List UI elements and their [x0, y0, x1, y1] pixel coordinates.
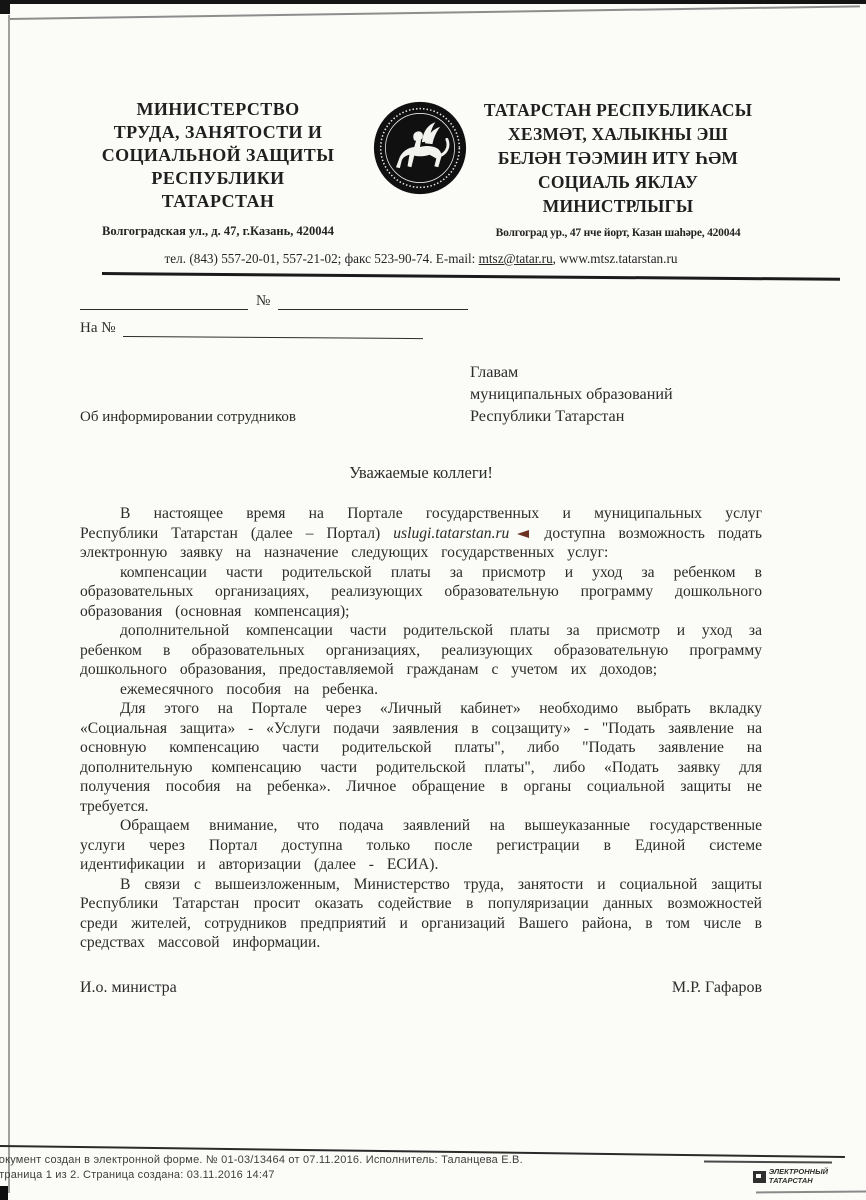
- scanned-letter-page: МИНИСТЕРСТВО ТРУДА, ЗАНЯТОСТИ И СОЦИАЛЬН…: [0, 0, 866, 1200]
- signatory-name: М.Р. Гафаров: [672, 979, 762, 997]
- ministry-block-russian: МИНИСТЕРСТВО ТРУДА, ЗАНЯТОСТИ И СОЦИАЛЬН…: [80, 98, 356, 239]
- electronic-tatarstan-icon: [753, 1171, 766, 1183]
- footer-page-info: Страница 1 из 2. Страница создана: 03.11…: [0, 1168, 523, 1183]
- letterhead-divider-rule: [102, 272, 840, 281]
- scan-bottom-left-mark: [0, 1186, 8, 1200]
- paragraph-text: ежемесячного пособия на ребенка.: [120, 681, 378, 698]
- reply-number-row: На №: [80, 320, 762, 337]
- body-paragraph: дополнительной компенсации части родител…: [80, 621, 762, 680]
- body-paragraph: Обращаем внимание, что подача заявлений …: [80, 816, 762, 875]
- letter-content: МИНИСТЕРСТВО ТРУДА, ЗАНЯТОСТИ И СОЦИАЛЬН…: [0, 0, 866, 997]
- letterhead: МИНИСТЕРСТВО ТРУДА, ЗАНЯТОСТИ И СОЦИАЛЬН…: [80, 98, 762, 239]
- ministry-name-russian: МИНИСТЕРСТВО ТРУДА, ЗАНЯТОСТИ И СОЦИАЛЬН…: [80, 98, 356, 213]
- subject-addressee-row: Об информировании сотрудников Главам мун…: [80, 361, 762, 427]
- body-paragraph: компенсации части родительской платы за …: [80, 563, 762, 622]
- body-paragraph: Для этого на Портале через «Личный кабин…: [80, 699, 762, 816]
- footer-logo-rule: [704, 1160, 832, 1163]
- body-paragraph: В настоящее время на Портале государстве…: [80, 504, 762, 563]
- body-paragraph: В связи с вышеизложенным, Министерство т…: [80, 875, 762, 953]
- body-paragraphs: В настоящее время на Портале государстве…: [80, 504, 762, 953]
- footer-document-info: Документ создан в электронной форме. № 0…: [0, 1153, 523, 1168]
- ministry-address-russian: Волгоградская ул., д. 47, г.Казань, 4200…: [80, 224, 356, 239]
- contact-phone-fax: тел. (843) 557-20-01, 557-21-02; факс 52…: [165, 251, 479, 266]
- outgoing-number-row: №: [80, 293, 762, 310]
- number-blank-line: [278, 294, 468, 310]
- contact-line: тел. (843) 557-20-01, 557-21-02; факс 52…: [80, 251, 762, 267]
- signatory-position: И.о. министра: [80, 979, 177, 997]
- contact-website: , www.mtsz.tatarstan.ru: [553, 251, 678, 266]
- electronic-tatarstan-logo: ЭЛЕКТРОННЫЙ ТАТАРСТАН: [753, 1168, 828, 1185]
- portal-url-text: uslugi.tatarstan.ru: [393, 525, 509, 542]
- ministry-block-tatar: ТАТАРСТАН РЕСПУБЛИКАСЫ ХЕЗМӘТ, ХАЛЫКНЫ Э…: [474, 98, 762, 239]
- paragraph-text: Обращаем внимание, что подача заявлений …: [80, 817, 762, 873]
- paragraph-text: Для этого на Портале через «Личный кабин…: [80, 700, 762, 815]
- paragraph-text: В связи с вышеизложенным, Министерство т…: [80, 876, 762, 952]
- ministry-address-tatar: Волгоград ур., 47 нче йорт, Казан шаһәре…: [474, 227, 762, 239]
- tatarstan-emblem-icon: [372, 100, 468, 201]
- salutation: Уважаемые коллеги!: [80, 463, 762, 483]
- addressee-block: Главам муниципальных образований Республ…: [470, 361, 762, 427]
- paragraph-text: дополнительной компенсации части родител…: [80, 622, 762, 678]
- scan-bottom-right-line: [756, 1191, 866, 1194]
- ministry-name-tatar: ТАТАРСТАН РЕСПУБЛИКАСЫ ХЕЗМӘТ, ХАЛЫКНЫ Э…: [474, 98, 762, 218]
- reply-number-label: На №: [80, 320, 116, 337]
- subject-line: Об информировании сотрудников: [80, 409, 296, 427]
- date-blank-line: [80, 294, 248, 310]
- reply-number-blank-line: [123, 321, 423, 339]
- paragraph-text: компенсации части родительской платы за …: [80, 564, 762, 620]
- body-paragraph: ежемесячного пособия на ребенка.: [80, 680, 762, 700]
- contact-email: mtsz@tatar.ru: [479, 251, 553, 266]
- electronic-tatarstan-label: ЭЛЕКТРОННЫЙ ТАТАРСТАН: [769, 1168, 828, 1185]
- pen-mark-icon: [517, 530, 529, 538]
- signature-row: И.о. министра М.Р. Гафаров: [80, 979, 762, 997]
- number-sign-label: №: [256, 293, 270, 310]
- footer-stamp: Документ создан в электронной форме. № 0…: [0, 1153, 523, 1183]
